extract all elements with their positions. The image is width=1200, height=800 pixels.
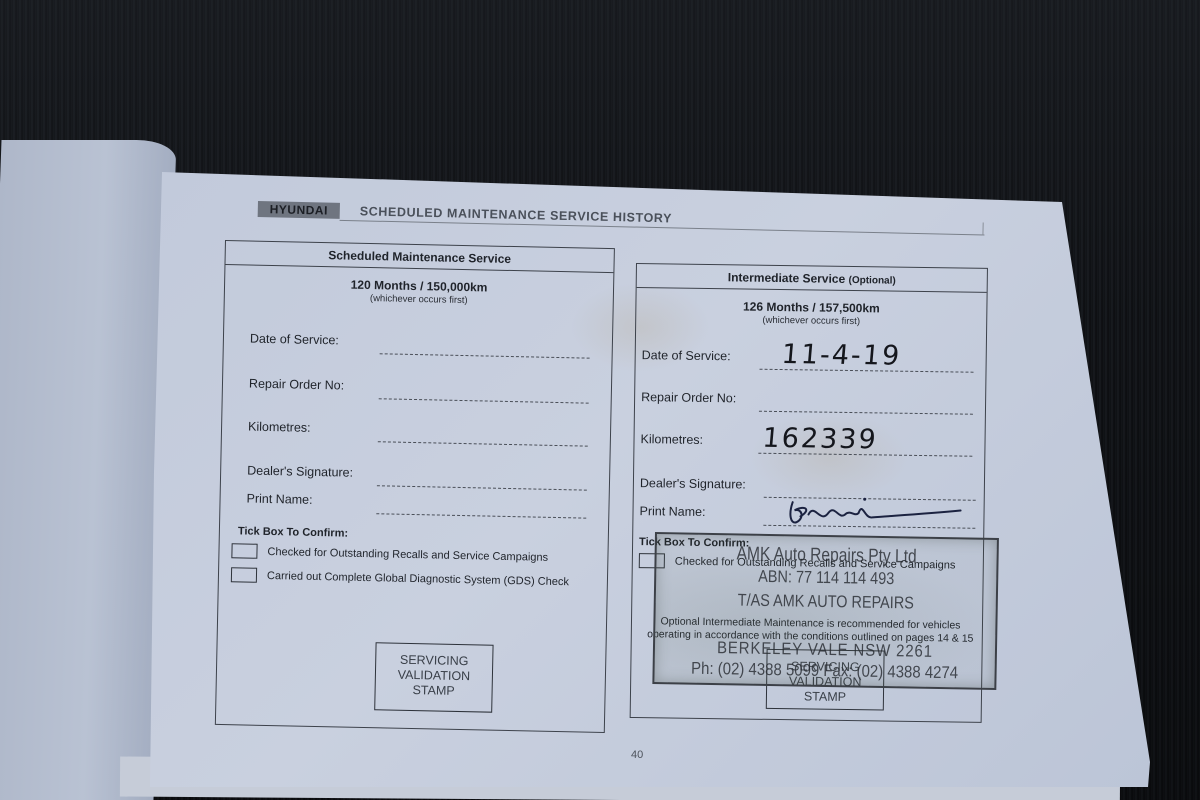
field-line [380,353,590,358]
kilometres-field[interactable]: Kilometres: [248,410,589,447]
dealer-rubber-stamp: AMK Auto Repairs Pty Ltd ABN: 77 114 114… [652,532,999,690]
recalls-checkbox-row[interactable]: Checked for Outstanding Recalls and Serv… [231,543,611,569]
dealer-trading-as: T/AS AMK AUTO REPAIRS [681,589,970,614]
field-line [376,513,586,518]
print-name-field[interactable]: Print Name: [639,494,979,529]
brand-tag: HYUNDAI [258,201,340,219]
repair-order-field[interactable]: Repair Order No: [641,380,981,415]
field-label: Date of Service: [250,332,339,348]
handwritten-kilometres: 162339 [761,423,879,456]
field-label: Dealer's Signature: [247,464,353,480]
page-number: 40 [631,749,643,761]
kilometres-field[interactable]: Kilometres: 162339 [640,422,980,457]
field-label: Dealer's Signature: [640,476,746,491]
field-label: Repair Order No: [641,390,736,405]
gds-checkbox-row[interactable]: Carried out Complete Global Diagnostic S… [231,567,611,593]
field-line [759,411,973,415]
optional-tag: (Optional) [848,275,895,287]
stamp-box-line: STAMP [375,682,491,699]
field-label: Print Name: [639,504,705,519]
panel-heading-text: Intermediate Service [728,270,846,286]
field-label: Date of Service: [642,348,731,363]
tick-heading: Tick Box To Confirm: [238,525,348,539]
handwritten-signature [784,494,964,531]
stamp-box-line: STAMP [767,689,883,706]
facing-page [0,140,177,800]
date-of-service-field[interactable]: Date of Service: 11-4-19 [642,338,982,373]
panel-heading: Intermediate Service (Optional) [637,264,987,293]
handwritten-date: 11-4-19 [780,339,902,372]
field-label: Kilometres: [248,420,311,435]
repair-order-field[interactable]: Repair Order No: [249,367,590,404]
date-of-service-field[interactable]: Date of Service: [250,322,591,359]
scheduled-service-panel: Scheduled Maintenance Service 120 Months… [215,240,615,733]
recalls-checkbox[interactable] [231,543,257,559]
field-label: Kilometres: [640,432,703,447]
print-name-field[interactable]: Print Name: [246,482,587,519]
field-line [379,398,589,403]
servicing-validation-stamp-box: SERVICING VALIDATION STAMP [374,642,493,712]
checkbox-label: Checked for Outstanding Recalls and Serv… [267,546,548,564]
dealer-phone: Ph: (02) 4388 5099 Fax: (02) 4388 4274 [675,658,975,683]
gds-checkbox[interactable] [231,567,257,583]
checkbox-label: Carried out Complete Global Diagnostic S… [267,570,569,588]
dealer-abn: ABN: 77 114 114 493 [682,565,971,590]
field-label: Print Name: [246,492,312,507]
field-label: Repair Order No: [249,377,344,393]
field-line [378,441,588,446]
